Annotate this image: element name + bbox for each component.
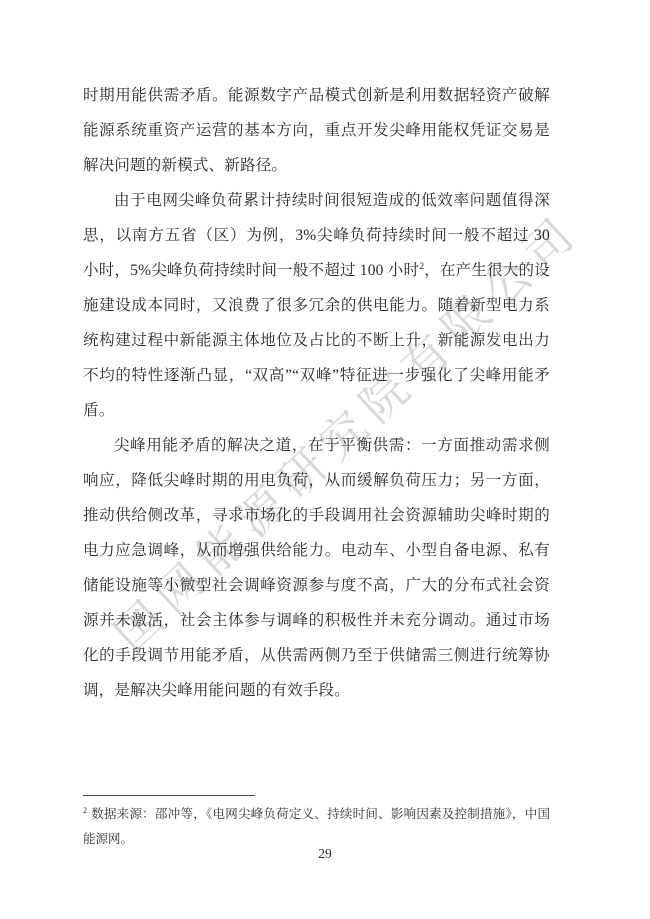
page-number: 29 <box>0 846 650 862</box>
footnote-separator <box>83 795 255 796</box>
body-paragraph-1: 时期用能供需矛盾。能源数字产品模式创新是利用数据轻资产破解能源系统重资产运营的基… <box>83 78 550 183</box>
body-paragraph-3: 尖峰用能矛盾的解决之道，在于平衡供需：一方面推动需求侧响应，降低尖峰时期的用电负… <box>83 428 550 708</box>
body-paragraph-2: 由于电网尖峰负荷累计持续时间很短造成的低效率问题值得深思，以南方五省（区）为例，… <box>83 183 550 428</box>
footnote-block: 2数据来源：邵冲等，《电网尖峰负荷定义、持续时间、影响因素及控制措施》，中国能源… <box>83 795 550 852</box>
footnote: 2数据来源：邵冲等，《电网尖峰负荷定义、持续时间、影响因素及控制措施》，中国能源… <box>83 802 550 852</box>
footnote-text: 数据来源：邵冲等，《电网尖峰负荷定义、持续时间、影响因素及控制措施》，中国能源网… <box>83 807 550 846</box>
footnote-marker: 2 <box>83 806 87 815</box>
document-page: 国网能源研究院有限公司 时期用能供需矛盾。能源数字产品模式创新是利用数据轻资产破… <box>0 0 650 919</box>
paragraph-2-text-after: ，在产生很大的设施建设成本同时，又浪费了很多冗余的供电能力。随着新型电力系统构建… <box>83 262 550 419</box>
body-text-block: 时期用能供需矛盾。能源数字产品模式创新是利用数据轻资产破解能源系统重资产运营的基… <box>83 78 550 708</box>
